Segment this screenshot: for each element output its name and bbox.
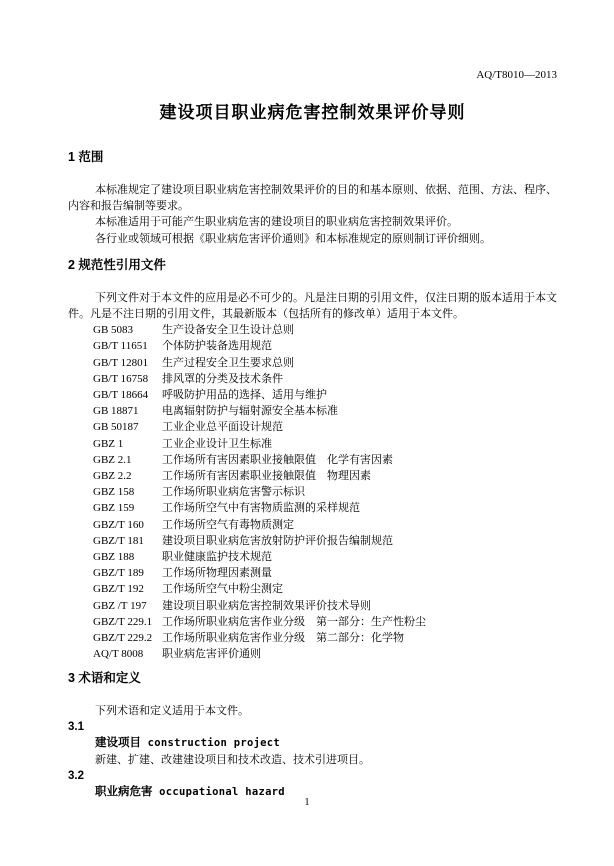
section2-intro: 下列文件对于本文件的应用是必不可少的。凡是注日期的引用文件，仅注日期的版本适用于… [68, 290, 557, 322]
term-name-en: construction project [141, 737, 280, 749]
document-page: AQ/T8010—2013 建设项目职业病危害控制效果评价导则 1 范围 本标准… [0, 0, 614, 866]
reference-row: GBZ 159工作场所空气中有害物质监测的采样规范 [68, 500, 557, 516]
reference-code: GB 18871 [93, 403, 162, 419]
reference-title: 工作场所职业病危害作业分级 第一部分：生产性粉尘 [162, 614, 426, 630]
reference-row: AQ/T 8008职业病危害评价通则 [68, 646, 557, 662]
paragraph-line: 件。凡是不注日期的引用文件，其最新版本（包括所有的修改单）适用于本文件。 [68, 306, 557, 322]
reference-title: 建设项目职业病危害控制效果评价技术导则 [162, 598, 371, 614]
reference-title: 生产过程安全卫生要求总则 [162, 355, 294, 371]
section3-heading: 3 术语和定义 [68, 671, 557, 685]
reference-title: 工作场所物理因素测量 [162, 565, 272, 581]
section1-heading: 1 范围 [68, 150, 557, 164]
reference-title: 工作场所职业病危害作业分级 第二部分：化学物 [162, 630, 404, 646]
paragraph-line: 各行业或领域可根据《职业病危害评价通则》和本标准规定的原则制订评价细则。 [68, 231, 557, 247]
reference-code: GBZ 159 [93, 500, 162, 516]
reference-code: GBZ/T 181 [93, 533, 162, 549]
reference-code: GBZ/T 229.2 [93, 630, 162, 646]
reference-row: GBZ 158工作场所职业病危害警示标识 [68, 484, 557, 500]
paragraph-line: 本标准适用于可能产生职业病危害的建设项目的职业病危害控制效果评价。 [68, 214, 557, 230]
reference-code: GBZ 188 [93, 549, 162, 565]
section2-heading: 2 规范性引用文件 [68, 258, 557, 272]
reference-row: GBZ 2.2工作场所有害因素职业接触限值 物理因素 [68, 468, 557, 484]
paragraph-line: 内容和报告编制等要求。 [68, 198, 557, 214]
reference-title: 个体防护装备选用规范 [162, 338, 272, 354]
term-definition: 新建、扩建、改建建设项目和技术改造、技术引进项目。 [68, 752, 557, 768]
reference-code: GB 5083 [93, 322, 162, 338]
term-name-cn: 建设项目 [95, 737, 141, 749]
reference-code: GBZ 1 [93, 436, 162, 452]
reference-code: GB/T 11651 [93, 338, 162, 354]
terms-definitions: 3.1建设项目 construction project新建、扩建、改建建设项目… [68, 719, 557, 800]
reference-title: 工作场所空气中有害物质监测的采样规范 [162, 500, 360, 516]
reference-row: GBZ/T 192工作场所空气中粉尘测定 [68, 581, 557, 597]
reference-row: GBZ/T 229.1工作场所职业病危害作业分级 第一部分：生产性粉尘 [68, 614, 557, 630]
reference-code: GB 50187 [93, 419, 162, 435]
standard-code: AQ/T8010—2013 [476, 69, 557, 81]
term-number: 3.2 [68, 768, 557, 784]
reference-row: GBZ 1工业企业设计卫生标准 [68, 436, 557, 452]
reference-code: GB/T 18664 [93, 387, 162, 403]
reference-row: GB 18871电离辐射防护与辐射源安全基本标准 [68, 403, 557, 419]
reference-title: 生产设备安全卫生设计总则 [162, 322, 294, 338]
reference-code: GB/T 12801 [93, 355, 162, 371]
reference-title: 工业企业设计卫生标准 [162, 436, 272, 452]
page-content: 1 范围 本标准规定了建设项目职业病危害控制效果评价的目的和基本原则、依据、范围… [68, 150, 557, 800]
reference-row: GBZ/T 229.2工作场所职业病危害作业分级 第二部分：化学物 [68, 630, 557, 646]
reference-row: GB 50187工业企业总平面设计规范 [68, 419, 557, 435]
reference-code: GBZ/T 229.1 [93, 614, 162, 630]
document-title: 建设项目职业病危害控制效果评价导则 [68, 102, 557, 124]
reference-title: 呼吸防护用品的选择、适用与维护 [162, 387, 327, 403]
section3-intro: 下列术语和定义适用于本文件。 [68, 703, 557, 719]
reference-title: 工业企业总平面设计规范 [162, 419, 283, 435]
reference-code: GBZ/T 189 [93, 565, 162, 581]
reference-title: 工作场所空气有毒物质测定 [162, 517, 294, 533]
reference-code: GBZ /T 197 [93, 598, 162, 614]
reference-title: 建设项目职业病危害放射防护评价报告编制规范 [162, 533, 393, 549]
reference-code: GB/T 16758 [93, 371, 162, 387]
reference-code: GBZ/T 160 [93, 517, 162, 533]
reference-title: 工作场所有害因素职业接触限值 化学有害因素 [162, 452, 393, 468]
reference-title: 职业健康监护技术规范 [162, 549, 272, 565]
reference-row: GB/T 11651个体防护装备选用规范 [68, 338, 557, 354]
reference-row: GBZ/T 160工作场所空气有毒物质测定 [68, 517, 557, 533]
term-number: 3.1 [68, 719, 557, 735]
page-number: 1 [0, 797, 614, 809]
term-name: 建设项目 construction project [68, 735, 557, 751]
normative-references-list: GB 5083生产设备安全卫生设计总则GB/T 11651个体防护装备选用规范G… [68, 322, 557, 662]
reference-code: GBZ/T 192 [93, 581, 162, 597]
reference-row: GBZ /T 197建设项目职业病危害控制效果评价技术导则 [68, 598, 557, 614]
reference-code: GBZ 2.1 [93, 452, 162, 468]
reference-code: GBZ 158 [93, 484, 162, 500]
reference-row: GB/T 18664呼吸防护用品的选择、适用与维护 [68, 387, 557, 403]
reference-title: 工作场所有害因素职业接触限值 物理因素 [162, 468, 371, 484]
reference-row: GBZ 2.1工作场所有害因素职业接触限值 化学有害因素 [68, 452, 557, 468]
reference-title: 工作场所空气中粉尘测定 [162, 581, 283, 597]
reference-title: 排风罩的分类及技术条件 [162, 371, 283, 387]
reference-row: GB 5083生产设备安全卫生设计总则 [68, 322, 557, 338]
reference-row: GBZ/T 181建设项目职业病危害放射防护评价报告编制规范 [68, 533, 557, 549]
reference-row: GBZ 188职业健康监护技术规范 [68, 549, 557, 565]
reference-row: GBZ/T 189工作场所物理因素测量 [68, 565, 557, 581]
reference-title: 职业病危害评价通则 [162, 646, 261, 662]
reference-title: 电离辐射防护与辐射源安全基本标准 [162, 403, 338, 419]
paragraph-line: 下列文件对于本文件的应用是必不可少的。凡是注日期的引用文件，仅注日期的版本适用于… [68, 290, 557, 306]
reference-code: AQ/T 8008 [93, 646, 162, 662]
reference-title: 工作场所职业病危害警示标识 [162, 484, 305, 500]
reference-row: GB/T 12801生产过程安全卫生要求总则 [68, 355, 557, 371]
reference-code: GBZ 2.2 [93, 468, 162, 484]
section1-paragraphs: 本标准规定了建设项目职业病危害控制效果评价的目的和基本原则、依据、范围、方法、程… [68, 182, 557, 247]
reference-row: GB/T 16758排风罩的分类及技术条件 [68, 371, 557, 387]
paragraph-line: 本标准规定了建设项目职业病危害控制效果评价的目的和基本原则、依据、范围、方法、程… [68, 182, 557, 198]
